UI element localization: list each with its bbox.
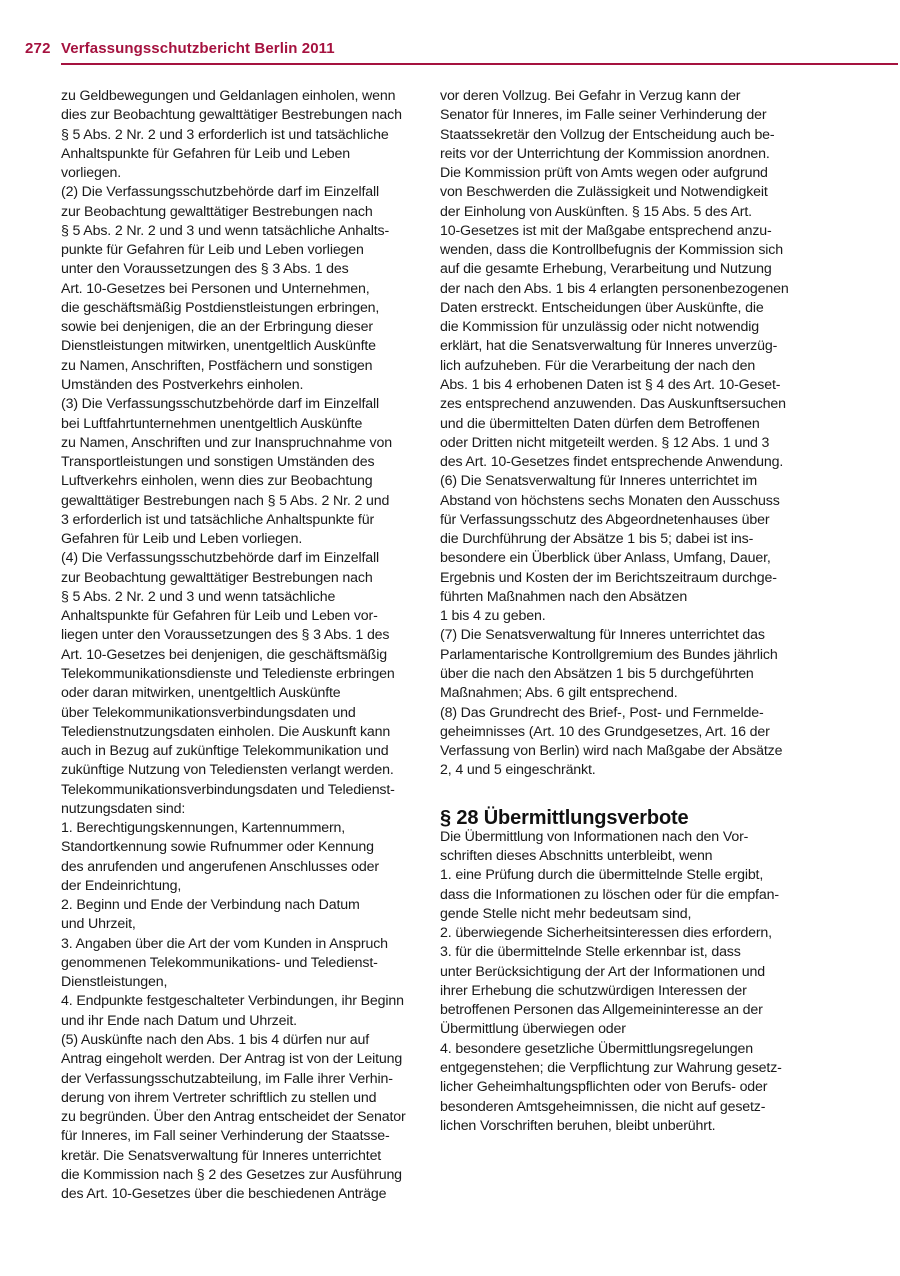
text-line: der nach den Abs. 1 bis 4 erlangten pers… <box>440 280 800 299</box>
text-line: nutzungsdaten sind: <box>61 800 421 819</box>
text-line: dies zur Beobachtung gewalttätiger Bestr… <box>61 106 421 125</box>
text-line: (2) Die Verfassungsschutzbehörde darf im… <box>61 183 421 202</box>
text-line: unter den Voraussetzungen des § 3 Abs. 1… <box>61 260 421 279</box>
text-line: punkte für Gefahren für Leib und Leben v… <box>61 241 421 260</box>
text-line: oder daran mitwirken, unentgeltlich Ausk… <box>61 684 421 703</box>
text-line: Telekommunikationsverbindungsdaten und T… <box>61 781 421 800</box>
text-line: der Verfassungsschutzabteilung, im Falle… <box>61 1070 421 1089</box>
text-line: über die nach den Absätzen 1 bis 5 durch… <box>440 665 800 684</box>
text-line: und ihr Ende nach Datum und Uhrzeit. <box>61 1012 421 1031</box>
text-line: 3. Angaben über die Art der vom Kunden i… <box>61 935 421 954</box>
text-line: Teledienstnutzungsdaten einholen. Die Au… <box>61 723 421 742</box>
text-line: 3 erforderlich ist und tatsächliche Anha… <box>61 511 421 530</box>
text-line: Maßnahmen; Abs. 6 gilt entsprechend. <box>440 684 800 703</box>
text-line: Staatssekretär den Vollzug der Entscheid… <box>440 126 800 145</box>
section-body: Die Übermittlung von Informationen nach … <box>440 828 800 1136</box>
text-line: gewalttätiger Bestrebungen nach § 5 Abs.… <box>61 492 421 511</box>
text-line: Übermittlung überwiegen oder <box>440 1020 800 1039</box>
text-line: geheimnisses (Art. 10 des Grundgesetzes,… <box>440 723 800 742</box>
text-line: zes entsprechend anzuwenden. Das Auskunf… <box>440 395 800 414</box>
text-line: dass die Informationen zu löschen oder f… <box>440 886 800 905</box>
text-line: auf die gesamte Erhebung, Verarbeitung u… <box>440 260 800 279</box>
text-line: die Kommission für unzulässig oder nicht… <box>440 318 800 337</box>
text-line: die Durchführung der Absätze 1 bis 5; da… <box>440 530 800 549</box>
text-line: des Art. 10-Gesetzes findet entsprechend… <box>440 453 800 472</box>
text-line: 10-Gesetzes ist mit der Maßgabe entsprec… <box>440 222 800 241</box>
text-line: zur Beobachtung gewalttätiger Bestrebung… <box>61 203 421 222</box>
text-line: Antrag eingeholt werden. Der Antrag ist … <box>61 1050 421 1069</box>
text-line: (6) Die Senatsverwaltung für Inneres unt… <box>440 472 800 491</box>
text-line: zu Namen, Anschriften, Postfächern und s… <box>61 357 421 376</box>
text-line: über Telekommunikationsverbindungsdaten … <box>61 704 421 723</box>
text-line: auch in Bezug auf zukünftige Telekommuni… <box>61 742 421 761</box>
page-number: 272 <box>25 40 51 57</box>
text-line: 1 bis 4 zu geben. <box>440 607 800 626</box>
text-line: betroffenen Personen das Allgemeinintere… <box>440 1001 800 1020</box>
text-line: der Endeinrichtung, <box>61 877 421 896</box>
left-column: zu Geldbewegungen und Geldanlagen einhol… <box>61 87 421 1204</box>
text-line: Umständen des Postverkehrs einholen. <box>61 376 421 395</box>
text-line: Art. 10-Gesetzes bei Personen und Untern… <box>61 280 421 299</box>
text-line: (4) Die Verfassungsschutzbehörde darf im… <box>61 549 421 568</box>
text-line: Ergebnis und Kosten der im Berichtszeitr… <box>440 569 800 588</box>
text-line: § 5 Abs. 2 Nr. 2 und 3 und wenn tatsächl… <box>61 222 421 241</box>
text-line: (7) Die Senatsverwaltung für Inneres unt… <box>440 626 800 645</box>
text-line: 2. überwiegende Sicherheitsinteressen di… <box>440 924 800 943</box>
text-line: erklärt, hat die Senatsverwaltung für In… <box>440 337 800 356</box>
section-heading: § 28 Übermittlungsverbote <box>440 806 800 830</box>
text-line: die Kommission nach § 2 des Gesetzes zur… <box>61 1166 421 1185</box>
text-line: bei Luftfahrtunternehmen unentgeltlich A… <box>61 415 421 434</box>
text-line: § 5 Abs. 2 Nr. 2 und 3 erforderlich ist … <box>61 126 421 145</box>
text-line: für Verfassungsschutz des Abgeordnetenha… <box>440 511 800 530</box>
text-line: (8) Das Grundrecht des Brief-, Post- und… <box>440 704 800 723</box>
text-line: zur Beobachtung gewalttätiger Bestrebung… <box>61 569 421 588</box>
text-line: sowie bei denjenigen, die an der Erbring… <box>61 318 421 337</box>
text-line: § 5 Abs. 2 Nr. 2 und 3 und wenn tatsächl… <box>61 588 421 607</box>
text-line: 1. Berechtigungskennungen, Kartennummern… <box>61 819 421 838</box>
text-line: für Inneres, im Fall seiner Verhinderung… <box>61 1127 421 1146</box>
text-line: oder Dritten nicht mitgeteilt werden. § … <box>440 434 800 453</box>
text-line: kretär. Die Senatsverwaltung für Inneres… <box>61 1147 421 1166</box>
text-line: 1. eine Prüfung durch die übermittelnde … <box>440 866 800 885</box>
page-header: 272 Verfassungsschutzbericht Berlin 2011 <box>0 0 900 70</box>
text-line: genommenen Telekommunikations- und Teled… <box>61 954 421 973</box>
text-line: Abstand von höchstens sechs Monaten den … <box>440 492 800 511</box>
text-line: Verfassung von Berlin) wird nach Maßgabe… <box>440 742 800 761</box>
text-line: ihrer Erhebung die schutzwürdigen Intere… <box>440 982 800 1001</box>
text-line: Die Übermittlung von Informationen nach … <box>440 828 800 847</box>
text-line: lich aufzuheben. Für die Verarbeitung de… <box>440 357 800 376</box>
text-line: Die Kommission prüft von Amts wegen oder… <box>440 164 800 183</box>
text-line: und Uhrzeit, <box>61 915 421 934</box>
text-line: der Einholung von Auskünften. § 15 Abs. … <box>440 203 800 222</box>
text-line: Senator für Inneres, im Falle seiner Ver… <box>440 106 800 125</box>
text-line: 4. besondere gesetzliche Übermittlungsre… <box>440 1040 800 1059</box>
text-line: die geschäftsmäßig Postdienstleistungen … <box>61 299 421 318</box>
header-rule <box>61 63 898 65</box>
text-line: (5) Auskünfte nach den Abs. 1 bis 4 dürf… <box>61 1031 421 1050</box>
text-line: (3) Die Verfassungsschutzbehörde darf im… <box>61 395 421 414</box>
text-line: 2, 4 und 5 eingeschränkt. <box>440 761 800 780</box>
text-line: Transportleistungen und sonstigen Umstän… <box>61 453 421 472</box>
text-line: vorliegen. <box>61 164 421 183</box>
text-line: 4. Endpunkte festgeschalteter Verbindung… <box>61 992 421 1011</box>
text-line: führten Maßnahmen nach den Absätzen <box>440 588 800 607</box>
text-line: Dienstleistungen, <box>61 973 421 992</box>
text-line: wenden, dass die Kontrollbefugnis der Ko… <box>440 241 800 260</box>
text-line: zukünftige Nutzung von Telediensten verl… <box>61 761 421 780</box>
text-line: schriften dieses Abschnitts unterbleibt,… <box>440 847 800 866</box>
text-line: zu begründen. Über den Antrag entscheide… <box>61 1108 421 1127</box>
text-line: Anhaltspunkte für Gefahren für Leib und … <box>61 607 421 626</box>
text-line: lichen Vorschriften beruhen, bleibt unbe… <box>440 1117 800 1136</box>
text-line: besondere ein Überblick über Anlass, Umf… <box>440 549 800 568</box>
text-line: Telekommunikationsdienste und Teledienst… <box>61 665 421 684</box>
text-line: Standortkennung sowie Rufnummer oder Ken… <box>61 838 421 857</box>
text-line: derung von ihrem Vertreter schriftlich z… <box>61 1089 421 1108</box>
text-line: entgegenstehen; die Verpflichtung zur Wa… <box>440 1059 800 1078</box>
text-line: des Art. 10-Gesetzes über die beschieden… <box>61 1185 421 1204</box>
text-line: Abs. 1 bis 4 erhobenen Daten ist § 4 des… <box>440 376 800 395</box>
text-line: Art. 10-Gesetzes bei denjenigen, die ges… <box>61 646 421 665</box>
text-line: liegen unter den Voraussetzungen des § 3… <box>61 626 421 645</box>
text-line: Daten erstreckt. Entscheidungen über Aus… <box>440 299 800 318</box>
text-line: besonderen Amtsgeheimnissen, die nicht a… <box>440 1098 800 1117</box>
text-line: Parlamentarische Kontrollgremium des Bun… <box>440 646 800 665</box>
text-line: des anrufenden und angerufenen Anschluss… <box>61 858 421 877</box>
text-line: licher Geheimhaltungspflichten oder von … <box>440 1078 800 1097</box>
running-title: Verfassungsschutzbericht Berlin 2011 <box>61 40 335 57</box>
text-line: 3. für die übermittelnde Stelle erkennba… <box>440 943 800 962</box>
right-column: vor deren Vollzug. Bei Gefahr in Verzug … <box>440 87 800 1136</box>
text-line: Gefahren für Leib und Leben vorliegen. <box>61 530 421 549</box>
text-line: 2. Beginn und Ende der Verbindung nach D… <box>61 896 421 915</box>
text-line: gende Stelle nicht mehr bedeutsam sind, <box>440 905 800 924</box>
right-column-body: vor deren Vollzug. Bei Gefahr in Verzug … <box>440 87 800 781</box>
text-line: Anhaltspunkte für Gefahren für Leib und … <box>61 145 421 164</box>
text-line: und die übermittelten Daten dürfen dem B… <box>440 415 800 434</box>
section-spacer <box>440 781 800 800</box>
text-line: zu Geldbewegungen und Geldanlagen einhol… <box>61 87 421 106</box>
text-line: zu Namen, Anschriften und zur Inanspruch… <box>61 434 421 453</box>
text-line: Luftverkehrs einholen, wenn dies zur Beo… <box>61 472 421 491</box>
text-line: unter Berücksichtigung der Art der Infor… <box>440 963 800 982</box>
text-line: Dienstleistungen mitwirken, unentgeltlic… <box>61 337 421 356</box>
text-line: von Beschwerden die Zulässigkeit und Not… <box>440 183 800 202</box>
text-line: vor deren Vollzug. Bei Gefahr in Verzug … <box>440 87 800 106</box>
text-line: reits vor der Unterrichtung der Kommissi… <box>440 145 800 164</box>
